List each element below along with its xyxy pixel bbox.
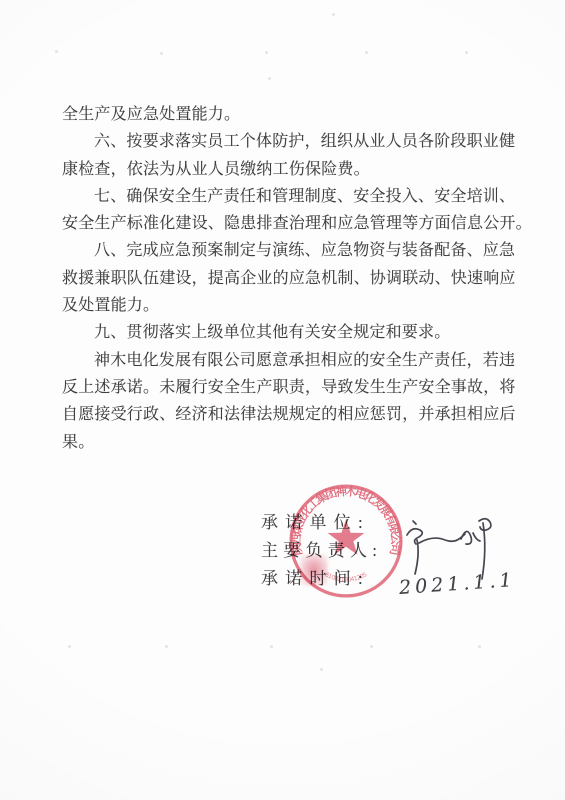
body-line: 全生产及应急处置能力。 (62, 101, 520, 128)
label-commitment-unit: 承 诺 单 位 : (261, 509, 377, 537)
body-line: 及处置能力。 (62, 292, 520, 319)
signature-block: 承 诺 单 位 : 主 要 负 责 人 : 承 诺 时 间 : (261, 509, 377, 593)
body-line: 八、完成应急预案制定与演练、应急物资与装备配备、应急 (62, 237, 520, 264)
scan-speck (160, 52, 163, 55)
scan-speck (478, 645, 481, 648)
body-line: 果。 (62, 429, 520, 456)
body-line: 九、贯彻落实上级单位其他有关安全规定和要求。 (62, 319, 520, 346)
scanned-document-page: 全生产及应急处置能力。 六、按要求落实员工个体防护，组织从业人员各阶段职业健 康… (0, 0, 565, 800)
body-text: 全生产及应急处置能力。 六、按要求落实员工个体防护，组织从业人员各阶段职业健 康… (62, 101, 520, 456)
label-commitment-time: 承 诺 时 间 : (261, 565, 377, 593)
body-line: 自愿接受行政、经济和法律法规规定的相应惩罚，并承担相应后 (62, 401, 520, 428)
scan-speck (270, 645, 273, 648)
body-line: 六、按要求落实员工个体防护，组织从业人员各阶段职业健 (62, 128, 520, 155)
scan-speck (68, 645, 71, 648)
scan-speck (268, 77, 271, 80)
body-line: 救援兼职队伍建设，提高企业的应急机制、协调联动、快速响应 (62, 265, 520, 292)
scan-speck (265, 51, 268, 54)
scan-speck (370, 645, 373, 648)
scan-speck (55, 50, 58, 53)
body-line: 安全生产标准化建设、隐患排查治理和应急管理等方面信息公开。 (62, 210, 520, 237)
label-main-responsible: 主 要 负 责 人 : (261, 537, 377, 565)
scan-speck (332, 13, 335, 16)
scan-speck (165, 645, 168, 648)
scan-speck (365, 51, 368, 54)
body-line: 神木电化发展有限公司愿意承担相应的安全生产责任，若违 (62, 347, 520, 374)
body-line: 康检查，依法为从业人员缴纳工伤保险费。 (62, 156, 520, 183)
body-line: 七、确保安全生产责任和管理制度、安全投入、安全培训、 (62, 183, 520, 210)
scan-speck (465, 51, 468, 54)
scan-speck (320, 668, 323, 671)
body-line: 反上述承诺。未履行安全生产职责，导致发生生产安全事故，将 (62, 374, 520, 401)
